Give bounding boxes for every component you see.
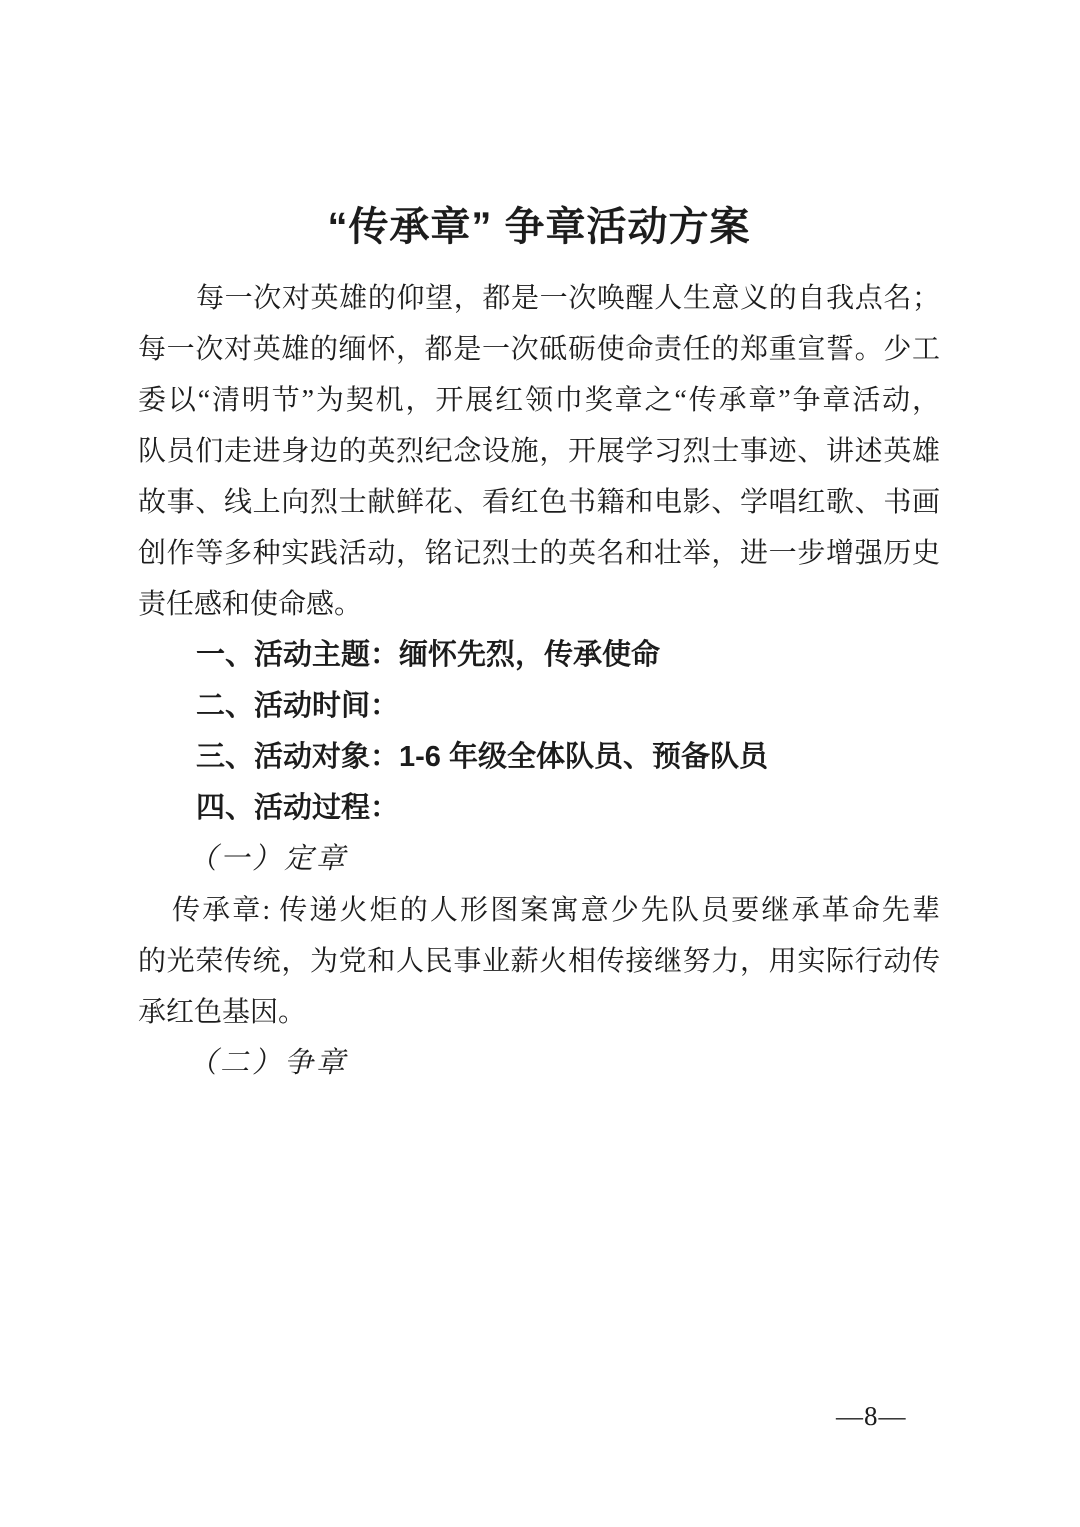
page-number: —8— bbox=[836, 1401, 907, 1432]
intro-line: 每一次对英雄的仰望，都是一次唤醒人生意义的自我点名； bbox=[138, 273, 940, 324]
intro-line: 队员们走进身边的英烈纪念设施，开展学习烈士事迹、讲述英雄 bbox=[138, 426, 940, 477]
document-body: 每一次对英雄的仰望，都是一次唤醒人生意义的自我点名； 每一次对英雄的缅怀，都是一… bbox=[138, 273, 940, 1089]
intro-line: 委以“清明节”为契机，开展红领巾奖章之“传承章”争章活动， bbox=[138, 375, 940, 426]
subsection-heading-dingzhang: （一）定章 bbox=[138, 834, 940, 885]
intro-line: 创作等多种实践活动，铭记烈士的英名和壮举，进一步增强历史 bbox=[138, 528, 940, 579]
section-heading-process: 四、活动过程： bbox=[138, 783, 940, 834]
subsection-heading-zhengzhang: （二）争章 bbox=[138, 1038, 940, 1089]
document-page: “传承章” 争章活动方案 每一次对英雄的仰望，都是一次唤醒人生意义的自我点名； … bbox=[0, 0, 1080, 1527]
body-line: 承红色基因。 bbox=[138, 987, 940, 1038]
body-line: 传承章: 传递火炬的人形图案寓意少先队员要继承革命先辈 bbox=[138, 885, 940, 936]
section-heading-time: 二、活动时间： bbox=[138, 681, 940, 732]
intro-line: 故事、线上向烈士献鲜花、看红色书籍和电影、学唱红歌、书画 bbox=[138, 477, 940, 528]
body-line: 的光荣传统，为党和人民事业薪火相传接继努力，用实际行动传 bbox=[138, 936, 940, 987]
section-heading-audience: 三、活动对象：1-6 年级全体队员、预备队员 bbox=[138, 732, 940, 783]
section-heading-theme: 一、活动主题：缅怀先烈，传承使命 bbox=[138, 630, 940, 681]
document-title: “传承章” 争章活动方案 bbox=[138, 202, 940, 252]
intro-line: 每一次对英雄的缅怀，都是一次砥砺使命责任的郑重宣誓。少工 bbox=[138, 324, 940, 375]
intro-line: 责任感和使命感。 bbox=[138, 579, 940, 630]
